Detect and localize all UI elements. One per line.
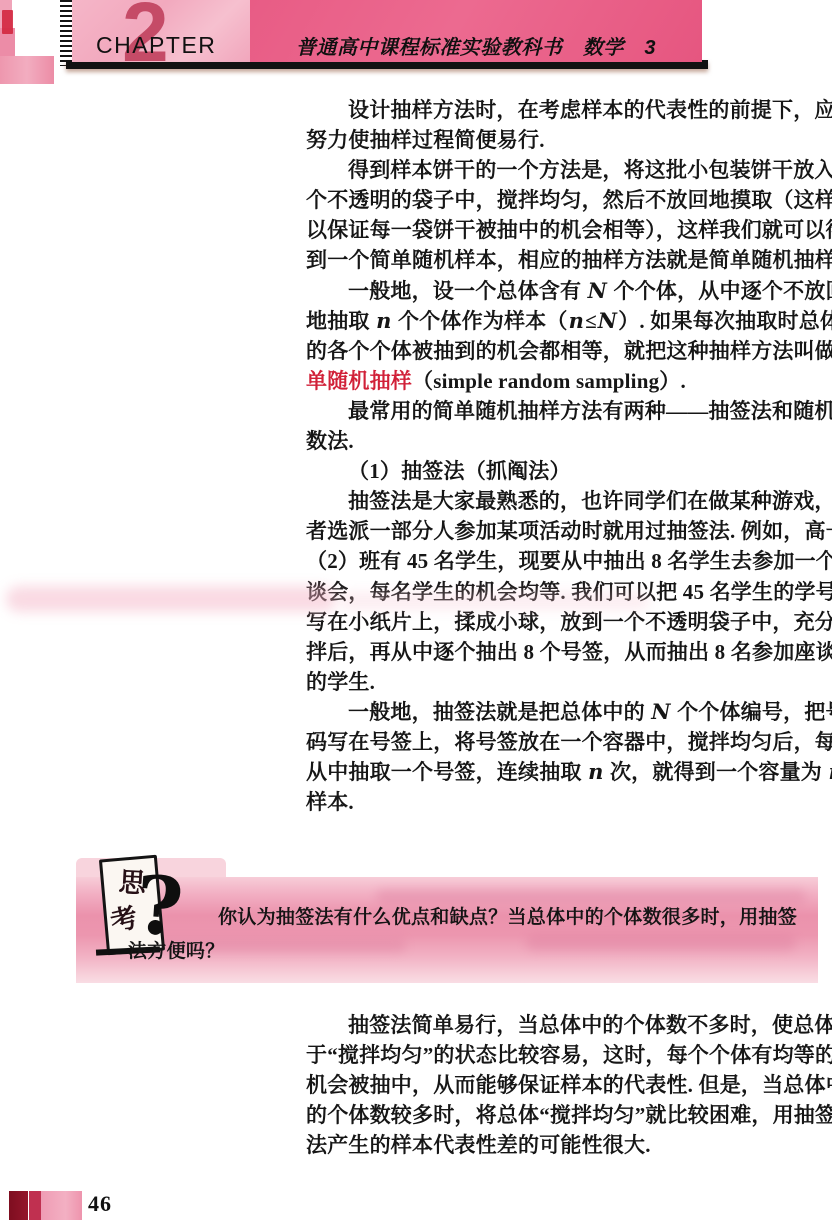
ink-bleed <box>526 935 796 951</box>
scan-edge-mark <box>2 10 13 34</box>
think-question-line: 法方便吗？ <box>128 936 225 963</box>
text-line: 最常用的简单随机抽样方法有两种——抽签法和随机 <box>306 396 822 426</box>
text-line: （2）班有 45 名学生，现要从中抽出 8 名学生去参加一个座 <box>306 546 822 576</box>
text-line: 写在小纸片上，揉成小球，放到一个不透明袋子中，充分搅 <box>306 607 822 637</box>
text-line: 以保证每一袋饼干被抽中的机会相等），这样我们就可以得 <box>306 215 822 245</box>
text-line: 拌后，再从中逐个抽出 8 个号签，从而抽出 8 名参加座谈会 <box>306 637 822 667</box>
text-line: 法产生的样本代表性差的可能性很大. <box>306 1130 822 1160</box>
text-line: 单随机抽样（simple random sampling）. <box>306 366 822 396</box>
text-line: 者选派一部分人参加某项活动时就用过抽签法. 例如，高一 <box>306 516 822 546</box>
footer-block-dark <box>9 1191 28 1220</box>
text-line: 个不透明的袋子中，搅拌均匀，然后不放回地摸取（这样可 <box>306 185 822 215</box>
text-line: 得到样本饼干的一个方法是，将这批小包装饼干放入一 <box>306 155 822 185</box>
footer-block-pink <box>0 56 54 84</box>
text-line: 于“搅拌均匀”的状态比较容易，这时，每个个体有均等的 <box>306 1040 822 1070</box>
think-box-banner <box>76 877 818 983</box>
text-line: （1）抽签法（抓阄法） <box>306 456 822 486</box>
text-line: 的学生. <box>306 667 822 697</box>
text-line: 从中抽取一个号签，连续抽取 n 次，就得到一个容量为 n 的 <box>306 757 822 787</box>
text-line: 一般地，设一个总体含有 N 个个体，从中逐个不放回 <box>306 276 822 306</box>
text-line: 一般地，抽签法就是把总体中的 N 个个体编号，把号 <box>306 697 822 727</box>
text-line: 的各个个体被抽到的机会都相等，就把这种抽样方法叫做简 <box>306 336 822 366</box>
body-text-bottom: 抽签法简单易行，当总体中的个体数不多时，使总体处于“搅拌均匀”的状态比较容易，这… <box>306 1010 822 1160</box>
text-line: 样本. <box>306 787 822 817</box>
text-line: 到一个简单随机样本，相应的抽样方法就是简单随机抽样. <box>306 245 822 275</box>
footer-block-pink <box>41 1191 82 1220</box>
text-line: 地抽取 n 个个体作为样本（n≤N）. 如果每次抽取时总体内 <box>306 306 822 336</box>
text-line: 抽签法简单易行，当总体中的个体数不多时，使总体处 <box>306 1010 822 1040</box>
footer-block-crimson <box>29 1191 41 1220</box>
page-number: 46 <box>88 1191 112 1217</box>
text-line: 谈会，每名学生的机会均等. 我们可以把 45 名学生的学号 <box>306 577 822 607</box>
text-line: 机会被抽中，从而能够保证样本的代表性. 但是，当总体中 <box>306 1070 822 1100</box>
think-question-line: 你认为抽签法有什么优点和缺点？当总体中的个体数很多时，用抽签 <box>218 902 797 929</box>
body-text-top: 设计抽样方法时，在考虑样本的代表性的前提下，应当努力使抽样过程简便易行.得到样本… <box>306 95 822 817</box>
text-line: 设计抽样方法时，在考虑样本的代表性的前提下，应当 <box>306 95 822 125</box>
chapter-label: CHAPTER <box>96 32 216 59</box>
text-line: 努力使抽样过程简便易行. <box>306 125 822 155</box>
text-line: 数法. <box>306 426 822 456</box>
print-smudge <box>6 586 336 612</box>
text-line: 码写在号签上，将号签放在一个容器中，搅拌均匀后，每次 <box>306 727 822 757</box>
chapter-banner: 2 CHAPTER 普通高中课程标准实验教科书 数学 3 <box>72 0 702 62</box>
textbook-page: 2 CHAPTER 普通高中课程标准实验教科书 数学 3 设计抽样方法时，在考虑… <box>0 0 832 1228</box>
book-title: 普通高中课程标准实验教科书 数学 3 <box>250 31 702 60</box>
text-line: 的个体数较多时，将总体“搅拌均匀”就比较困难，用抽签 <box>306 1100 822 1130</box>
text-line: 抽签法是大家最熟悉的，也许同学们在做某种游戏，或 <box>306 486 822 516</box>
